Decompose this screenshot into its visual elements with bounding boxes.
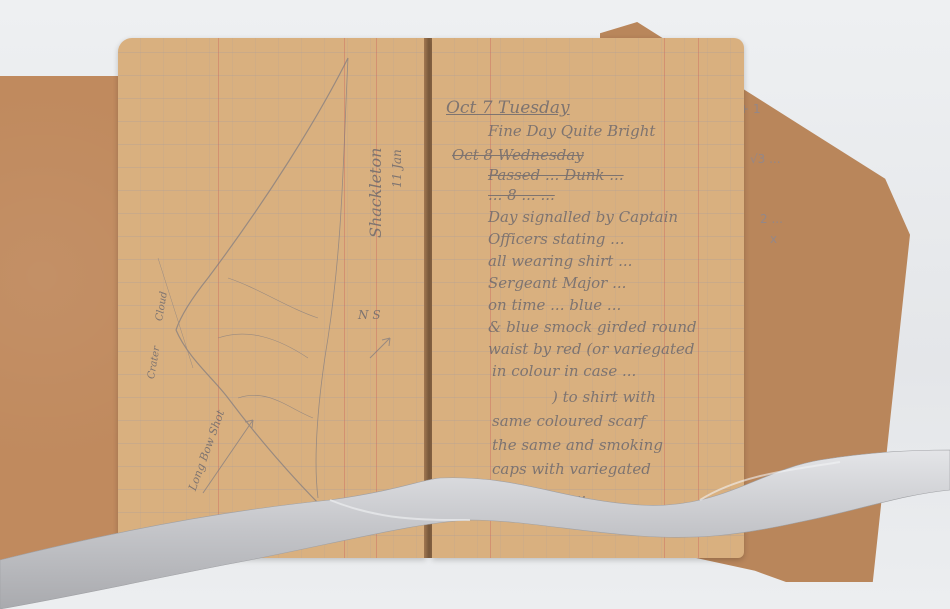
diary-line: waist by red (or variegated bbox=[488, 340, 694, 358]
diary-line: Sergeant Major ... bbox=[488, 274, 626, 292]
sketch-label: 11 Jan bbox=[390, 149, 404, 188]
diary-line: & blue smock girded round bbox=[488, 318, 697, 336]
diary-line: on time ... blue ... bbox=[488, 296, 621, 314]
open-notebook: Shackleton 11 Jan N S Long Bow Shot Crat… bbox=[118, 38, 748, 558]
card-note: 2 ... bbox=[760, 212, 783, 226]
notebook-right-page: Oct 7 Tuesday Fine Day Quite Bright Oct … bbox=[432, 38, 744, 558]
sketch-label: Shackleton bbox=[366, 148, 385, 238]
diary-heading: Oct 7 Tuesday bbox=[446, 98, 570, 118]
compass-label: N S bbox=[358, 308, 381, 322]
diary-line: Officers stating ... bbox=[488, 230, 624, 248]
diary-line: ... bbox=[572, 484, 586, 502]
card-note: x bbox=[770, 232, 777, 246]
diary-line: all wearing shirt ... bbox=[488, 252, 632, 270]
card-note: √3 ... bbox=[750, 152, 781, 166]
notebook-left-page: Shackleton 11 Jan N S Long Bow Shot Crat… bbox=[118, 38, 426, 558]
diary-line: Day signalled by Captain bbox=[488, 208, 678, 226]
diary-line-struck: Oct 8 Wednesday bbox=[452, 146, 584, 164]
diary-line-struck: Passed ... Dunk ... bbox=[488, 166, 624, 184]
diary-line: caps with variegated bbox=[492, 460, 651, 478]
diary-line: ) to shirt with bbox=[552, 388, 656, 406]
diary-line: same coloured scarf bbox=[492, 412, 646, 430]
diary-line: Fine Day Quite Bright bbox=[488, 122, 655, 140]
diary-line: in colour in case ... bbox=[492, 362, 636, 380]
diary-line: the same and smoking bbox=[492, 436, 663, 454]
diary-line-struck: ... 8 ... ... bbox=[488, 186, 555, 204]
